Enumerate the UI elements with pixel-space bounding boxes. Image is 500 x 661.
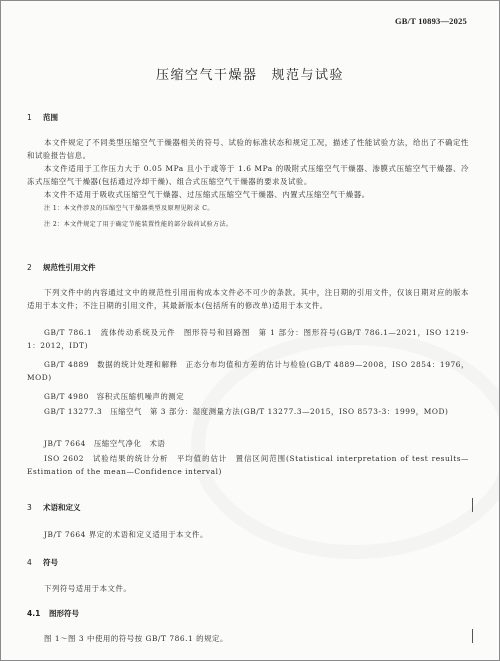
section-number: 2 [27,263,43,272]
document-page: GB/T 10893—2025 压缩空气干燥器规范与试验 1范围 本文件规定了不… [0,0,500,661]
reference-item: GB/T 4980 容积式压缩机噪声的测定 [27,391,469,404]
paragraph: 下列符号适用于本文件。 [27,583,469,596]
paragraph: 本文件规定了不同类型压缩空气干燥器相关的符号、试验的标准状态和规定工况，描述了性… [27,137,469,162]
section-title: 范围 [43,113,58,122]
reference-item: GB/T 13277.3 压缩空气 第 3 部分：湿度测量方法(GB/T 132… [27,406,469,419]
reference-item: GB/T 786.1 流体传动系统及元件 图形符号和回路图 第 1 部分：图形符… [27,327,469,352]
reference-item: ISO 2602 试验结果的统计分析 平均值的估计 置信区间范围(Statist… [27,453,469,478]
paragraph: 图 1～图 3 中使用的符号按 GB/T 786.1 的规定。 [27,633,469,646]
section-heading-3: 3术语和定义 [27,502,81,513]
section-title: 规范性引用文件 [43,263,96,272]
title-main: 压缩空气干燥器 [156,68,258,83]
note-2: 注 2：本文件规定了用于确定节能装置性能的部分载荷试验方法。 [44,220,464,230]
reference-item: GB/T 4889 数据的统计处理和解释 正态分布均值和方差的估计与检验(GB/… [27,359,469,384]
title-sub: 规范与试验 [272,68,345,83]
section-number: 3 [27,503,43,512]
paragraph: 下列文件中的内容通过文中的规范性引用而构成本文件必不可少的条款。其中，注日期的引… [27,287,469,312]
change-bar [472,498,473,512]
section-title: 图形符号 [49,609,79,618]
change-bar [472,629,473,643]
section-title: 术语和定义 [43,503,81,512]
section-heading-4: 4符号 [27,557,58,568]
paragraph: 本文件不适用于吸收式压缩空气干燥器、过压缩式压缩空气干燥器、内置式压缩空气干燥器… [27,189,469,202]
page-title: 压缩空气干燥器规范与试验 [1,64,499,83]
reference-item: JB/T 7664 压缩空气净化 术语 [27,438,469,451]
section-number: 4 [27,558,43,567]
section-number: 1 [27,113,43,122]
section-number: 4.1 [27,609,49,618]
section-heading-1: 1范围 [27,112,58,123]
document-code: GB/T 10893—2025 [395,16,467,26]
section-title: 符号 [43,558,58,567]
section-heading-4-1: 4.1图形符号 [27,608,79,619]
section-heading-2: 2规范性引用文件 [27,262,96,273]
paragraph: JB/T 7664 界定的术语和定义适用于本文件。 [27,529,469,542]
paragraph: 本文件适用于工作压力大于 0.05 MPa 且小于或等于 1.6 MPa 的吸附… [27,163,469,188]
note-1: 注 1：本文件涉及的压缩空气干燥器类型及原理见附录 C。 [44,204,464,214]
